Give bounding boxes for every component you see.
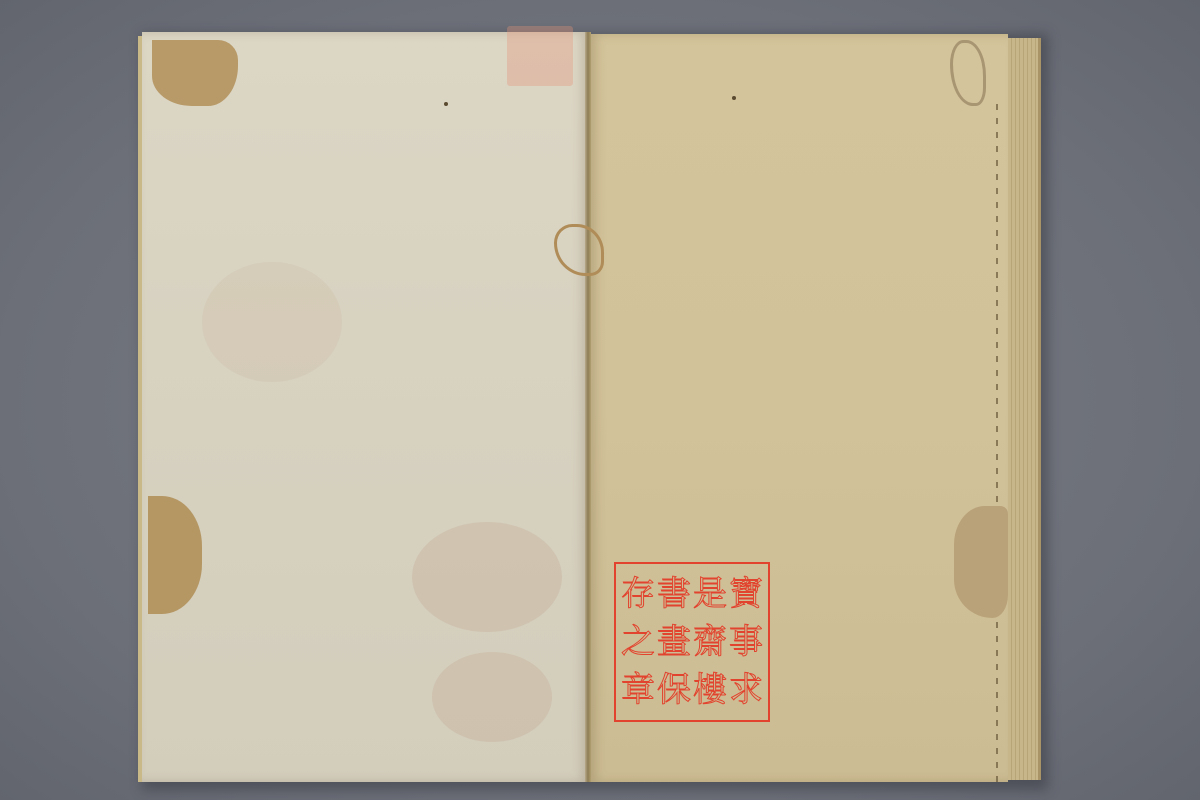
seal-character: 章: [621, 667, 655, 713]
stacked-page-edges: [1008, 38, 1041, 780]
offset-seal-mark: [507, 26, 573, 86]
seal-character: 存: [621, 571, 655, 617]
book-gutter: [585, 32, 591, 782]
seal-column: 書 畫 保: [656, 570, 692, 714]
edge-stain: [148, 496, 202, 614]
seal-character: 齋: [693, 619, 727, 665]
water-stain: [432, 652, 552, 742]
left-page: [142, 32, 588, 782]
ink-speck: [444, 102, 448, 106]
edge-stain: [954, 506, 1008, 618]
water-stain: [412, 522, 562, 632]
seal-column: 寶 事 求: [728, 570, 764, 714]
collector-seal: 寶 事 求 是 齋 樓 書 畫 保 存 之 章: [614, 562, 770, 722]
seal-character: 畫: [657, 619, 691, 665]
water-stain: [202, 262, 342, 382]
open-book: 寶 事 求 是 齋 樓 書 畫 保 存 之 章: [138, 26, 1044, 786]
seal-column: 是 齋 樓: [692, 570, 728, 714]
seal-character: 之: [621, 619, 655, 665]
seal-character: 事: [729, 619, 763, 665]
seal-character: 是: [693, 571, 727, 617]
seal-character: 求: [729, 667, 763, 713]
seal-character: 書: [657, 571, 691, 617]
seal-character: 寶: [729, 571, 763, 617]
ruled-border-line: [996, 104, 998, 784]
seal-character: 樓: [693, 667, 727, 713]
right-page: 寶 事 求 是 齋 樓 書 畫 保 存 之 章: [588, 34, 1008, 782]
seal-character: 保: [657, 667, 691, 713]
seal-column: 存 之 章: [620, 570, 656, 714]
ink-speck: [732, 96, 736, 100]
corner-stain: [152, 40, 238, 106]
